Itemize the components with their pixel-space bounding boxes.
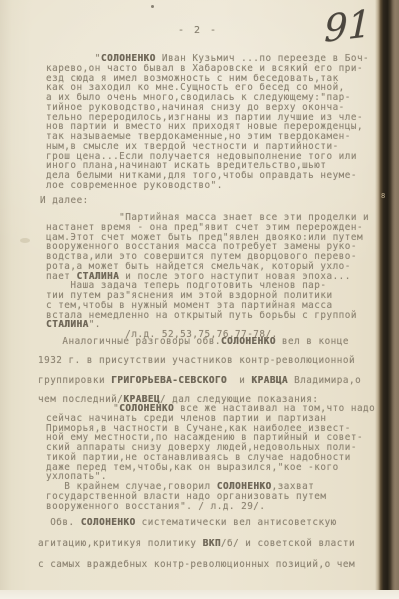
scanned-document-page: - 2 - 91 "СОЛОНЕНКО Иван Кузьмич ...по п… [0, 0, 399, 599]
typewritten-line: Аналогичные разговоры обв.СОЛОНЕНКО вел … [38, 332, 361, 351]
typewritten-line: И далее: [40, 196, 89, 206]
paper-smudge [20, 238, 30, 243]
typewritten-line: группировки ГРИГОРЬЕВА-СЕВСКОГО и КРАВЦА… [38, 371, 361, 390]
scan-binding-edge [375, 0, 399, 592]
testimony-quote-block-2: "Партийная масса знает все эти проделки … [46, 213, 369, 340]
binding-edge-mark: 8 [381, 192, 385, 200]
scan-bottom-edge [0, 590, 399, 599]
typewritten-line: 1932 г. в присутствии участников контр-р… [38, 351, 361, 370]
narrative-paragraph-2: Обв. СОЛОНЕНКО систематически вел антисо… [38, 512, 355, 575]
paper-speck [151, 5, 154, 8]
typewritten-line: лое современное руководство". [46, 181, 369, 191]
transition-line: И далее: [40, 196, 89, 206]
narrative-paragraph-1: Аналогичные разговоры обв.СОЛОНЕНКО вел … [38, 332, 361, 410]
page-number: - 2 - [160, 25, 236, 36]
typewritten-line: агитацию,критикуя политику ВКП/б/ и сове… [38, 533, 355, 554]
typewritten-line: Обв. СОЛОНЕНКО систематически вел антисо… [38, 512, 355, 533]
testimony-quote-block-1: "СОЛОНЕНКО Иван Кузьмич ...по переезде в… [46, 54, 369, 191]
typewritten-line: с самых враждебных контр-революционных п… [38, 554, 355, 575]
typewritten-line: вооруженного восстания". / л.д. 29/. [46, 502, 375, 512]
testimony-quote-block-3: "СОЛОНЕНКО все же настаивал на том,что н… [46, 404, 375, 511]
